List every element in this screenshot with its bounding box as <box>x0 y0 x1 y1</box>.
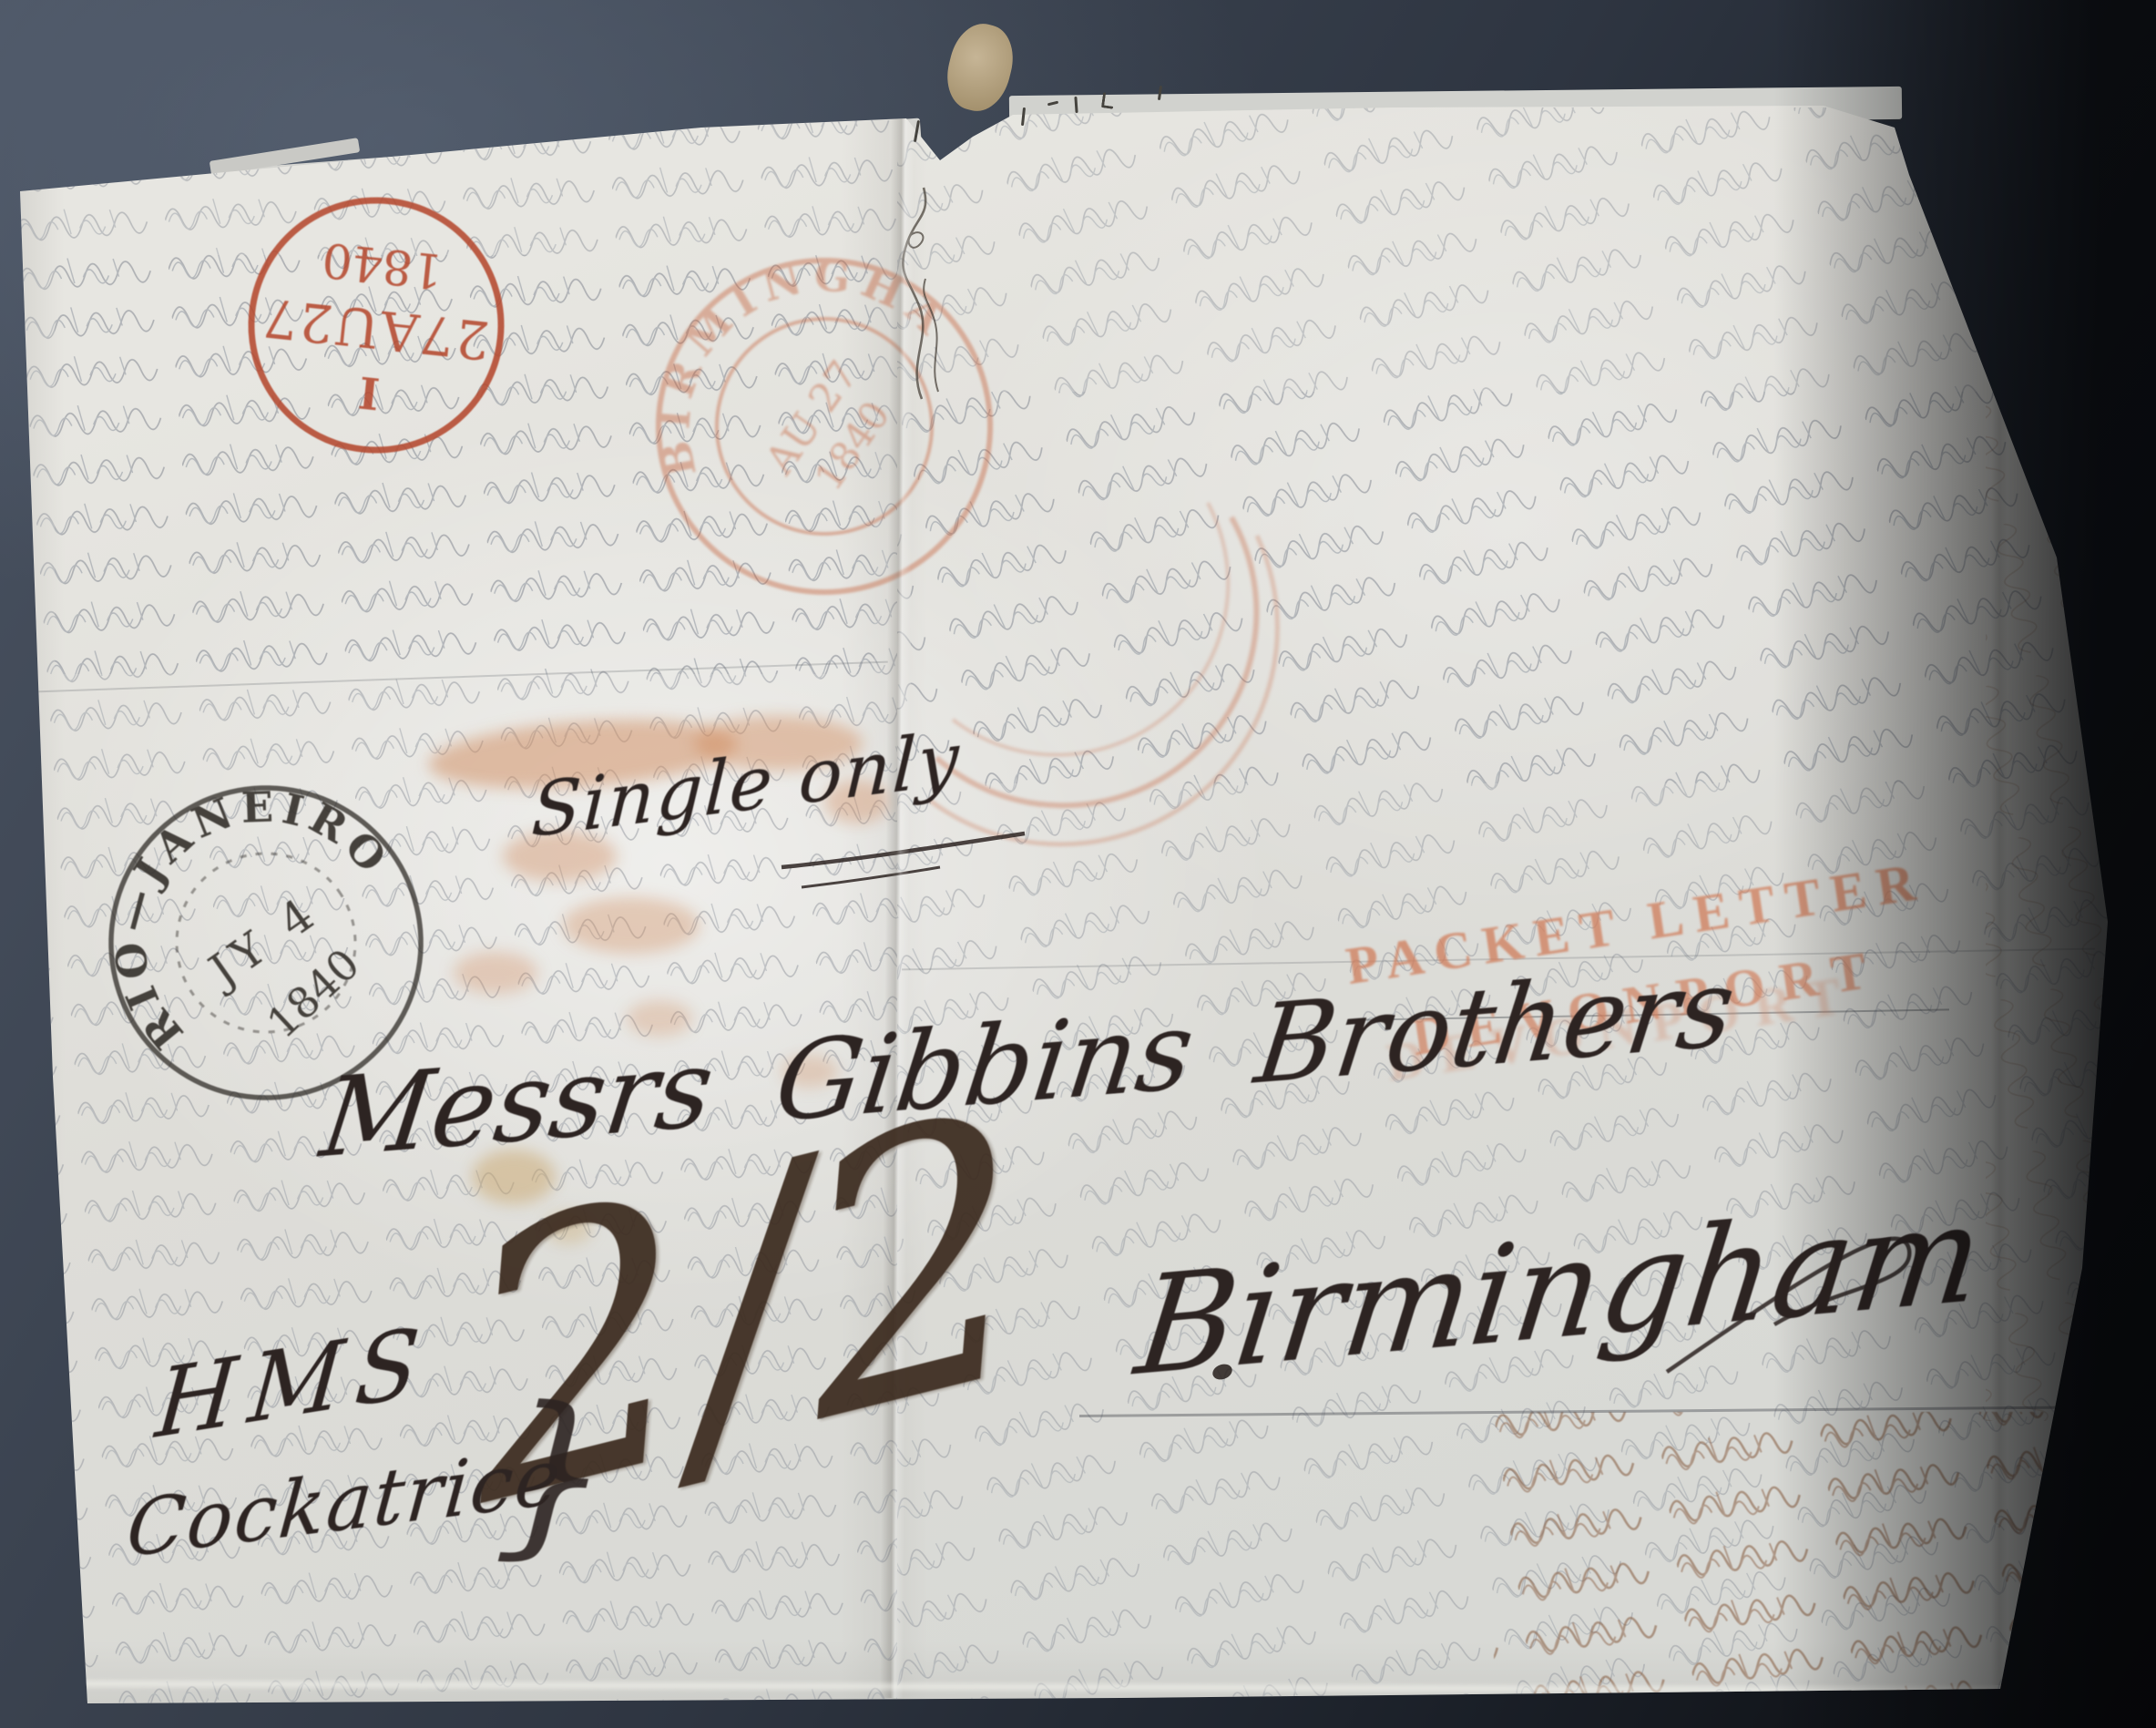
edge-ink-mark <box>1101 92 1115 109</box>
letter-sheet: BIRMINGHAM AU 27 1840 I 27AU27 1840 <box>0 0 2156 1728</box>
red-ink-smudge <box>563 897 700 954</box>
photo-of-postal-cover: BIRMINGHAM AU 27 1840 I 27AU27 1840 <box>0 0 2156 1728</box>
red-ink-smudge <box>454 952 537 994</box>
ship-brace-flourish: } <box>492 1382 615 1566</box>
